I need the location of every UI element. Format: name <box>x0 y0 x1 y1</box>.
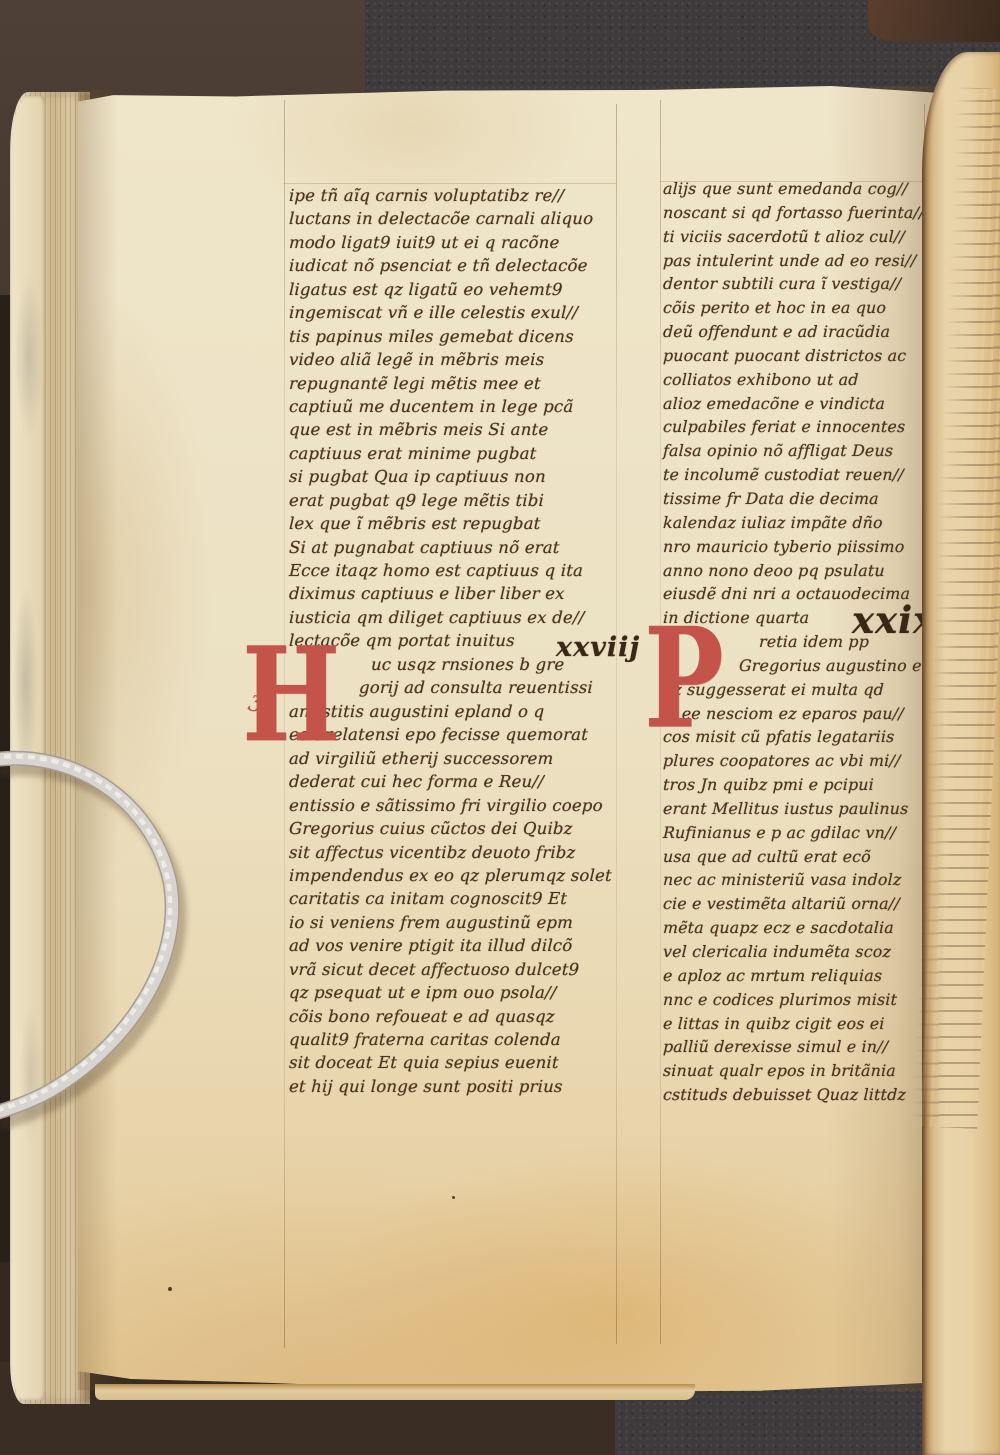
text-line: deũ offendunt e ad iracũdia <box>663 320 926 344</box>
text-line: ingemiscat vñ e ille celestis exul// <box>289 301 620 324</box>
text-line: Gregorius cuius cũctos dei Quibz <box>289 817 620 840</box>
right-column-block-1: alijs que sunt emedanda cog//noscant si … <box>663 177 925 630</box>
text-line: gorij ad consulta reuentissi <box>359 676 620 699</box>
text-line: dentor subtili cura ĩ vestiga// <box>663 272 926 296</box>
text-line: palliũ derexisse simul e in// <box>663 1035 926 1059</box>
text-line: captiuus erat minime pugbat <box>289 442 620 465</box>
text-line: anno nono deoo pq psulatu <box>663 559 926 583</box>
text-line: ti viciis sacerdotũ t alioz cul// <box>663 225 926 249</box>
text-line: falsa opinio nõ affligat Deus <box>663 439 926 463</box>
text-line: alioz emedacõne e vindicta <box>663 392 926 416</box>
text-line: sit affectus vicentibz deuoto fribz <box>289 841 620 864</box>
left-column-block-1: ipe tñ aĩq carnis voluptatibz re//luctan… <box>289 184 619 653</box>
text-line: video aliã legẽ in mẽbris meis <box>289 348 620 371</box>
text-line: que est in mẽbris meis Si ante <box>289 418 620 441</box>
text-line: noscant si qd fortasso fuerinta// <box>663 201 926 225</box>
text-line: cõis bono refoueat e ad quasqz <box>289 1005 620 1028</box>
text-line: e littas in quibz cigit eos ei <box>663 1012 926 1036</box>
book-cover-edge-topright <box>868 0 1000 42</box>
text-line: vel clericalia indumẽta scoz <box>663 940 926 964</box>
text-line: cõis perito et hoc in ea quo <box>663 296 926 320</box>
text-line: caritatis ca initam cognoscit9 Et <box>289 887 620 910</box>
bottom-page-edges <box>95 1384 695 1400</box>
text-line: Gregorius augustino epo <box>739 654 926 678</box>
text-line: et hij qui longe sunt positi prius <box>289 1075 620 1098</box>
text-line: nec ac ministeriũ vasa indolz <box>663 868 926 892</box>
text-line: si pugbat Qua ip captiuus non <box>289 465 620 488</box>
text-line: usa que ad cultũ erat ecõ <box>663 845 926 869</box>
text-line: luctans in delectacõe carnali aliquo <box>289 207 620 230</box>
text-line: captiuũ me ducentem in lege pcã <box>289 395 620 418</box>
chapter-initial-p: P <box>644 616 724 740</box>
text-line: cie e vestimẽta altariũ orna// <box>663 892 926 916</box>
text-line: ipe tñ aĩq carnis voluptatibz re// <box>289 184 620 207</box>
chapter-number-xxviij: xxviij <box>556 632 640 663</box>
text-line: puocant puocant districtos ac <box>663 344 926 368</box>
text-line: mẽta quapz ecz e sacdotalia <box>663 916 926 940</box>
text-line: tros Jn quibz pmi e pcipui <box>663 773 926 797</box>
text-line: te incolumẽ custodiat reuen// <box>663 463 926 487</box>
manuscript-photo: ipe tñ aĩq carnis voluptatibz re//luctan… <box>0 0 1000 1455</box>
text-line: Ecce itaqz homo est captiuus q ita <box>289 559 620 582</box>
text-line: impendendus ex eo qz plerumqz solet <box>289 864 620 887</box>
text-line: vrã sicut decet affectuoso dulcet9 <box>289 958 620 981</box>
text-line: erant Mellitus iustus paulinus <box>663 797 926 821</box>
text-line: modo ligat9 iuit9 ut ei q racõne <box>289 231 620 254</box>
spine-cover-edge <box>12 96 46 1400</box>
text-line: cstituds debuisset Quaz littdz <box>663 1083 926 1107</box>
text-line: io si veniens frem augustinũ epm <box>289 911 620 934</box>
text-line: kalendaz iuliaz impãte dño <box>663 511 926 535</box>
text-line: culpabiles feriat e innocentes <box>663 415 926 439</box>
text-line: ligatus est qz ligatũ eo vehemt9 <box>289 278 620 301</box>
text-line: erat pugbat q9 lege mẽtis tibi <box>289 489 620 512</box>
text-line: entissio e sãtissimo fri virgilio coepo <box>289 794 620 817</box>
ink-speck <box>452 1196 455 1199</box>
text-line: nnc e codices plurimos misit <box>663 988 926 1012</box>
text-line: iudicat nõ psenciat e tñ delectacõe <box>289 254 620 277</box>
text-line: colliatos exhibono ut ad <box>663 368 926 392</box>
text-line: Rufinianus e p ac gdilac vn// <box>663 821 926 845</box>
text-line: e aploz ac mrtum reliquias <box>663 964 926 988</box>
text-line: nro mauricio tyberio piissimo <box>663 535 926 559</box>
text-line: pas intulerint unde ad eo resi// <box>663 249 926 273</box>
text-line: qualit9 fraterna caritas colenda <box>289 1028 620 1051</box>
text-line: sinuat qualr epos in britãnia <box>663 1059 926 1083</box>
text-line: diximus captiuus e liber liber ex <box>289 582 620 605</box>
text-line: tis papinus miles gemebat dicens <box>289 325 620 348</box>
text-line: sit doceat Et quia sepius euenit <box>289 1051 620 1074</box>
text-line: Si at pugnabat captiuus nõ erat <box>289 536 620 559</box>
page-gutter-left-shade <box>78 90 118 1390</box>
text-line: repugnantẽ legi mẽtis mee et <box>289 372 620 395</box>
text-line: dederat cui hec forma e Reu// <box>289 770 620 793</box>
text-line: tissime fr Data die decima <box>663 487 926 511</box>
text-line: qz psequat ut e ipm ouo psola// <box>289 981 620 1004</box>
text-line: alijs que sunt emedanda cog// <box>663 177 926 201</box>
text-line: lex que ĩ mẽbris est repugbat <box>289 512 620 535</box>
text-line: ad vos venire ptigit ita illud dilcõ <box>289 934 620 957</box>
ink-speck <box>168 1287 172 1291</box>
